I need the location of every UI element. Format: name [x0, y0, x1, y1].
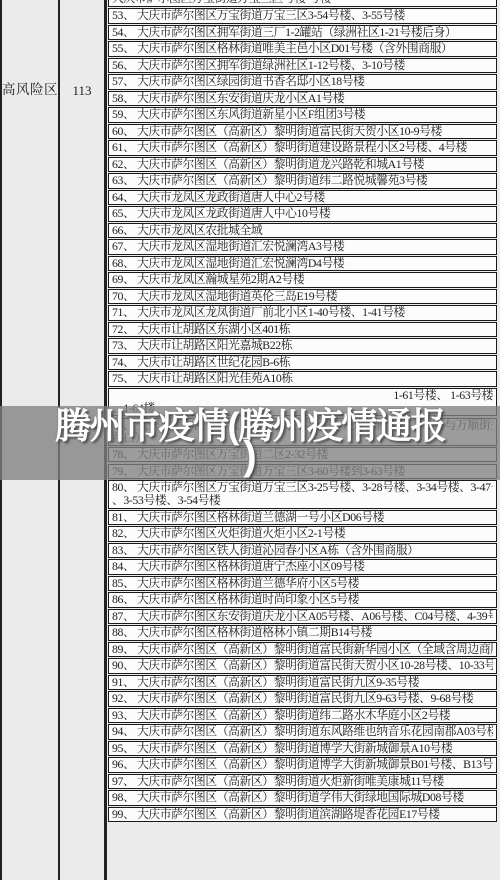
table-row: 58、 大庆市萨尔图区东安街道庆龙小区A1号楼: [108, 91, 497, 106]
row-text: 97、 大庆市萨尔图区（高新区）黎明街道火炬新街唯美康城11号楼: [112, 775, 493, 788]
table-row: 59、 大庆市萨尔图区东风街道新星小区F组团3号楼: [108, 107, 497, 122]
table-row: 99、 大庆市萨尔图区（高新区）黎明街道滨湖路堤香花园E17号楼: [108, 807, 497, 822]
table-row: 97、 大庆市萨尔图区（高新区）黎明街道火炬新街唯美康城11号楼: [108, 774, 497, 789]
row-text: 61、 大庆市萨尔图区（高新区）黎明街道建设路景程小区2号楼、4号楼: [112, 141, 493, 154]
row-text: 93、 大庆市萨尔图区（高新区）黎明街道纬二路水木华庭小区2号楼: [112, 709, 493, 722]
row-text: 98、 大庆市萨尔图区（高新区）黎明街道学伟大街绿地国际城D08号楼: [112, 791, 493, 804]
table-row: 70、 大庆市龙凤区湿地街道英伦三岛E19号楼: [108, 289, 497, 304]
table-row: 61、 大庆市萨尔图区（高新区）黎明街道建设路景程小区2号楼、4号楼: [108, 140, 497, 155]
table-row: 91、 大庆市萨尔图区（高新区）黎明街道富民街九区9-35号楼: [108, 675, 497, 690]
table-row: 93、 大庆市萨尔图区（高新区）黎明街道纬二路水木华庭小区2号楼: [108, 708, 497, 723]
table-row: 69、 大庆市龙凤区瀚城星苑2期A2号楼: [108, 272, 497, 287]
row-text: 57、 大庆市萨尔图区绿园街道书香名邸小区18号楼: [112, 75, 493, 88]
table-row: 87、 大庆市萨尔图区东安街道庆龙小区A05号楼、A06号楼、C04号楼、4-3…: [108, 609, 497, 624]
row-text: 91、 大庆市萨尔图区（高新区）黎明街道富民街九区9-35号楼: [112, 676, 493, 689]
table-row: 74、 大庆市让胡路区世纪花园B-6栋: [108, 355, 497, 370]
row-text: 大庆市萨尔图区万宝街道万宝三区号楼 号楼: [112, 0, 493, 5]
row-text: 63、 大庆市萨尔图区（高新区）黎明街道纬二路悦城馨苑3号楼: [112, 174, 493, 187]
table-row: 67、 大庆市龙凤区湿地街道汇宏悦澜湾A3号楼: [108, 239, 497, 254]
row-text: 65、 大庆市龙凤区龙政街道唐人中心10号楼: [112, 207, 493, 220]
row-text: 64、 大庆市龙凤区龙政街道唐人中心2号楼: [112, 191, 493, 204]
row-text: 90、 大庆市萨尔图区（高新区）黎明街道富民街天贺小区10-28号楼、10-33…: [112, 659, 493, 672]
row-text: 60、 大庆市萨尔图区（高新区）黎明街道富民街天贺小区10-9号楼: [112, 125, 493, 138]
row-text: 69、 大庆市龙凤区瀚城星苑2期A2号楼: [112, 273, 493, 286]
table-row: 60、 大庆市萨尔图区（高新区）黎明街道富民街天贺小区10-9号楼: [108, 124, 497, 139]
risk-category-label: 高风险区: [2, 82, 58, 97]
row-text: 94、 大庆市萨尔图区（高新区）黎明街道东风路维也纳音乐花园南郡A03号楼: [112, 725, 493, 738]
table-row: 56、 大庆市萨尔图区拥军街道绿洲社区1-12号楼、3-10号楼: [108, 58, 497, 73]
table-row: 95、 大庆市萨尔图区（高新区）黎明街道博学大街新城御景A10号楼: [108, 741, 497, 756]
row-text: 74、 大庆市让胡路区世纪花园B-6栋: [112, 356, 493, 369]
row-text: 84、 大庆市萨尔图区格林街道唐宁杰座小区09号楼: [112, 560, 493, 573]
row-text: 88、 大庆市萨尔图区格林街道格林小镇二期B14号楼: [112, 626, 493, 639]
row-text: 55、 大庆市萨尔图区格林街道唯美主邑小区D01号楼（含外围商服）: [112, 42, 493, 55]
row-text: 71、 大庆市龙凤区龙凤街道厂前北小区1-40号楼、1-41号楼: [112, 306, 493, 319]
table-row: 72、 大庆市让胡路区东湖小区401栋: [108, 322, 497, 337]
row-text: 86、 大庆市萨尔图区格林街道时尚印象小区5号楼: [112, 593, 493, 606]
row-text: 1-61号楼、 1-63号楼: [112, 389, 493, 402]
row-text: 67、 大庆市龙凤区湿地街道汇宏悦澜湾A3号楼: [112, 240, 493, 253]
table-row: 89、 大庆市萨尔图区（高新区）黎明街道富民街新华园小区（全域含周边商服）: [108, 642, 497, 657]
row-text: 80、 大庆市萨尔图区万宝街道万宝三区3-25号楼、3-28号楼、3-34号楼、…: [112, 481, 493, 494]
row-text: 89、 大庆市萨尔图区（高新区）黎明街道富民街新华园小区（全域含周边商服）: [112, 643, 493, 656]
row-text: 96、 大庆市萨尔图区（高新区）黎明街道博学大街新城御景B01号楼、B13号楼: [112, 758, 493, 771]
table-row: 62、 大庆市萨尔图区（高新区）黎明街道龙兴路乾和城A1号楼: [108, 157, 497, 172]
watermark: 腾州市疫情(腾州疫情通报 ): [0, 406, 500, 480]
row-text: 54、 大庆市萨尔图区拥军街道三厂1-2罐站（绿洲社区1-21号楼后身）: [112, 26, 493, 39]
row-text: 75、 大庆市让胡路区阳光佳苑A10栋: [112, 372, 493, 385]
table-row: 81、 大庆市萨尔图区格林街道兰德湖一号小区D06号楼: [108, 510, 497, 525]
table-row: 大庆市萨尔图区万宝街道万宝三区号楼 号楼: [108, 0, 497, 7]
table-row: 90、 大庆市萨尔图区（高新区）黎明街道富民街天贺小区10-28号楼、10-33…: [108, 658, 497, 673]
row-text: 95、 大庆市萨尔图区（高新区）黎明街道博学大街新城御景A10号楼: [112, 742, 493, 755]
table-row: 80、 大庆市萨尔图区万宝街道万宝三区3-25号楼、3-28号楼、3-34号楼、…: [108, 480, 497, 508]
row-text: 81、 大庆市萨尔图区格林街道兰德湖一号小区D06号楼: [112, 511, 493, 524]
table-row: 64、 大庆市龙凤区龙政街道唐人中心2号楼: [108, 190, 497, 205]
row-text: 85、 大庆市萨尔图区格林街道兰德华府小区5号楼: [112, 577, 493, 590]
row-text: 、3-53号楼、3-54号楼: [112, 494, 493, 507]
table-row: 63、 大庆市萨尔图区（高新区）黎明街道纬二路悦城馨苑3号楼: [108, 173, 497, 188]
table-row: 73、 大庆市让胡路区阳光嘉城B22栋: [108, 338, 497, 353]
table-row: 82、 大庆市萨尔图区火炬街道火炬小区2-1号楼: [108, 526, 497, 541]
row-text: 72、 大庆市让胡路区东湖小区401栋: [112, 323, 493, 336]
row-text: 73、 大庆市让胡路区阳光嘉城B22栋: [112, 339, 493, 352]
row-text: 56、 大庆市萨尔图区拥军街道绿洲社区1-12号楼、3-10号楼: [112, 59, 493, 72]
row-text: 58、 大庆市萨尔图区东安街道庆龙小区A1号楼: [112, 92, 493, 105]
row-text: 99、 大庆市萨尔图区（高新区）黎明街道滨湖路堤香花园E17号楼: [112, 808, 493, 821]
table-row: 71、 大庆市龙凤区龙凤街道厂前北小区1-40号楼、1-41号楼: [108, 305, 497, 320]
table-row: 55、 大庆市萨尔图区格林街道唯美主邑小区D01号楼（含外围商服）: [108, 41, 497, 56]
table-row: 96、 大庆市萨尔图区（高新区）黎明街道博学大街新城御景B01号楼、B13号楼: [108, 757, 497, 772]
table-row: 68、 大庆市龙凤区湿地街道汇宏悦澜湾D4号楼: [108, 256, 497, 271]
table-row: 85、 大庆市萨尔图区格林街道兰德华府小区5号楼: [108, 576, 497, 591]
row-text: 82、 大庆市萨尔图区火炬街道火炬小区2-1号楼: [112, 527, 493, 540]
row-text: 83、 大庆市萨尔图区铁人街道沁园春小区A栋（含外围商服）: [112, 544, 493, 557]
table-row: 66、 大庆市龙凤区农批城全域: [108, 223, 497, 238]
table-row: 86、 大庆市萨尔图区格林街道时尚印象小区5号楼: [108, 592, 497, 607]
table-row: 57、 大庆市萨尔图区绿园街道书香名邸小区18号楼: [108, 74, 497, 89]
risk-area-table-page: 高风险区 113 大庆市萨尔图区万宝街道万宝三区号楼 号楼53、 大庆市萨尔图区…: [0, 0, 500, 880]
table-row: 92、 大庆市萨尔图区（高新区）黎明街道富民街九区9-63号楼、9-68号楼: [108, 691, 497, 706]
risk-category-count: 113: [60, 83, 104, 98]
table-row: 65、 大庆市龙凤区龙政街道唐人中心10号楼: [108, 206, 497, 221]
row-text: 68、 大庆市龙凤区湿地街道汇宏悦澜湾D4号楼: [112, 257, 493, 270]
table-row: 94、 大庆市萨尔图区（高新区）黎明街道东风路维也纳音乐花园南郡A03号楼: [108, 724, 497, 739]
row-text: 59、 大庆市萨尔图区东风街道新星小区F组团3号楼: [112, 108, 493, 121]
row-text: 87、 大庆市萨尔图区东安街道庆龙小区A05号楼、A06号楼、C04号楼、4-3…: [112, 610, 493, 623]
table-row: 88、 大庆市萨尔图区格林街道格林小镇二期B14号楼: [108, 625, 497, 640]
table-row: 54、 大庆市萨尔图区拥军街道三厂1-2罐站（绿洲社区1-21号楼后身）: [108, 25, 497, 40]
row-text: 66、 大庆市龙凤区农批城全域: [112, 224, 493, 237]
table-row: 84、 大庆市萨尔图区格林街道唐宁杰座小区09号楼: [108, 559, 497, 574]
row-text: 92、 大庆市萨尔图区（高新区）黎明街道富民街九区9-63号楼、9-68号楼: [112, 692, 493, 705]
row-text: 62、 大庆市萨尔图区（高新区）黎明街道龙兴路乾和城A1号楼: [112, 158, 493, 171]
table-row: 83、 大庆市萨尔图区铁人街道沁园春小区A栋（含外围商服）: [108, 543, 497, 558]
table-row: 75、 大庆市让胡路区阳光佳苑A10栋: [108, 371, 497, 386]
row-text: 70、 大庆市龙凤区湿地街道英伦三岛E19号楼: [112, 290, 493, 303]
table-row: 53、 大庆市萨尔图区万宝街道万宝三区3-54号楼、3-55号楼: [108, 8, 497, 23]
table-row: 98、 大庆市萨尔图区（高新区）黎明街道学伟大街绿地国际城D08号楼: [108, 790, 497, 805]
row-text: 53、 大庆市萨尔图区万宝街道万宝三区3-54号楼、3-55号楼: [112, 9, 493, 22]
